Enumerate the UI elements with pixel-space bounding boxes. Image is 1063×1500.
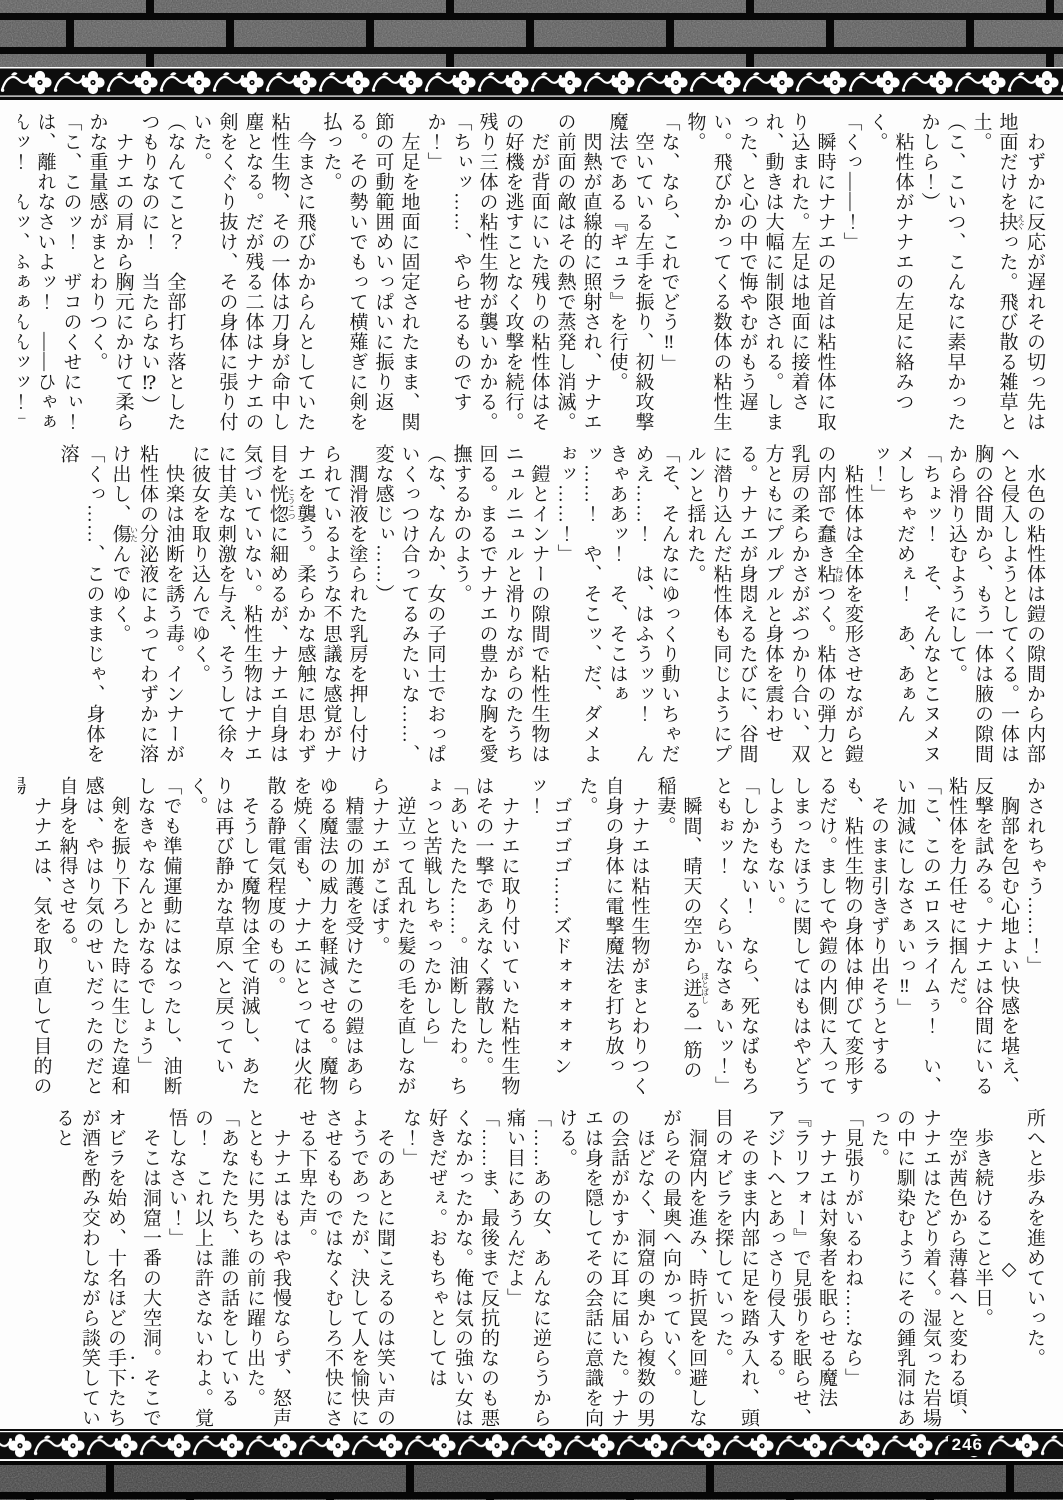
paragraph: （なんてこと？ 全部打ち落としたつもりなのに！ 当たらない⁉） — [136, 112, 188, 433]
paragraph: 胸部を包む心地よい快感を堪え、反撃を試みる。ナナエは谷間にいる粘性体を力任せに掴… — [943, 776, 1021, 1097]
paragraph: （な、なんか、女の子同士でおっぱいくっつけ合ってるみたいな……、変な感じぃ……） — [370, 444, 448, 765]
floral-scroll-border-bottom — [0, 1429, 1063, 1461]
text-band-1: わずかに反応が遅れその切っ先は地面だけを抉えぐった。飛び散る雑草と土。（こ、こい… — [18, 112, 1047, 433]
text-band-3: かされちゃう……！」 胸部を包む心地よい快感を堪え、反撃を試みる。ナナエは谷間に… — [18, 776, 1047, 1097]
paragraph: 所へと歩みを進めていった。 — [1021, 1108, 1047, 1429]
paragraph: 粘性体は全体を変形させながら鎧の内部で蠢き粘ねばつく。粘体の弾力と乳房の柔らかさ… — [682, 444, 866, 765]
text-band-4: 所へと歩みを進めていった。◇ 歩き続けること半日。 空が茜色から薄暮へと変わる頃… — [18, 1108, 1047, 1429]
paragraph: 「こ、このッ！ ザコのくせにぃ！ は、離れなさいよッ！ ――ひゃぁんッ！ んッ、… — [18, 112, 84, 433]
paragraph: 潤滑液を塗られた乳房を押し付けられているような不思議な感覚がナナエを襲う。柔らか… — [186, 444, 370, 765]
paragraph: 「ちょッ！ そ、そんなとこヌメヌメしちゃだめぇ！ あ、あぁんッ！」 — [865, 444, 943, 765]
paragraph: ナナエは、気を取り直して目的の場 — [18, 776, 54, 1097]
paragraph: 鎧とインナーの隙間で粘性生物はニュルニュルと滑りながらのたうち回る。まるでナナエ… — [448, 444, 552, 765]
text-content: わずかに反応が遅れその切っ先は地面だけを抉えぐった。飛び散る雑草と土。（こ、こい… — [0, 100, 1063, 1429]
paragraph: そのあとに聞こえるのは笑い声のようであったが、決して人を愉快にさせるものではなく… — [293, 1108, 397, 1429]
paragraph: 「あいたたた……。油断したわ。ちょっと苦戦しちゃったかしら」 — [418, 776, 470, 1097]
paragraph: 「こ、このエロスライムぅ！ い、い加減にしなさぁいっ‼」 — [891, 776, 943, 1097]
paragraph: 洞窟内を進み、時折罠を回避しながらその最奥へ向かっていく。 — [657, 1108, 709, 1429]
paragraph: そうして魔物は全て消滅し、あたりは再び静かな草原へと戻っていく。 — [184, 776, 262, 1097]
paragraph: ほどなく、洞窟の奥から複数の男の会話がかすかに耳に届いた。ナナエは身を隠してその… — [553, 1108, 657, 1429]
brick-texture-top — [0, 0, 1063, 67]
paragraph: 瞬間、晴天の空から迸ほとばしる一筋の稲妻。 — [652, 776, 710, 1097]
paragraph: 逆立って乱れた髪の毛を直しながらナナエがこぼす。 — [366, 776, 418, 1097]
paragraph: 「しかたない！ なら、死なばもろともぉッ！ くらいなさぁいッ！」 — [709, 776, 761, 1097]
paragraph: 「……あの女、あんなに逆らうから痛い目にあうんだよ」 — [501, 1108, 553, 1429]
paragraph: 瞬時にナナエの足首は粘性体に取り込まれた。左足は地面に接着され、動きは大幅に制限… — [682, 112, 838, 433]
paragraph: ナナエは粘性生物がまとわりつく自身の身体に電撃魔法を打ち放った。 — [574, 776, 652, 1097]
paragraph: かされちゃう……！」 — [1021, 776, 1047, 1097]
paragraph: 「あなたたち、誰の話をしているの！ これ以上は許さないわよ。覚悟しなさい！」 — [163, 1108, 241, 1429]
paragraph: そこは洞窟一番の大空洞。そこでオビラを始め、十名ほどの手下たちが酒を酌み交わしな… — [50, 1108, 163, 1429]
paragraph: ゴゴゴゴ……ズドォォォォォンッ！ — [522, 776, 574, 1097]
paragraph: 「くっ――！」 — [838, 112, 864, 433]
paragraph: 歩き続けること半日。 — [969, 1108, 995, 1429]
brick-texture-bottom — [0, 1461, 1063, 1500]
paragraph: （こ、こいつ、こんなに素早かったかしら！） — [916, 112, 968, 433]
floral-scroll-border-top — [0, 67, 1063, 100]
paragraph: 精霊の加護を受けたこの鎧はあらゆる魔法の威力を軽減させる。魔物を焼く雷も、ナナエ… — [262, 776, 366, 1097]
novel-page: わずかに反応が遅れその切っ先は地面だけを抉えぐった。飛び散る雑草と土。（こ、こい… — [0, 0, 1063, 1500]
text-band-2: 水色の粘性体は鎧の隙間から内部へと侵入しようとしてくる。一体は胸の谷間から、もう… — [18, 444, 1047, 765]
paragraph: 剣を振り下ろした時に生じた違和感は、やはり気のせいだったのだと自身を納得させる。 — [54, 776, 132, 1097]
paragraph: そのまま引きずり出そうとするも、粘性生物の身体は伸びて変形するだけ。ましてや鎧の… — [761, 776, 891, 1097]
paragraph: 空いている左手を振り、初級攻撃魔法である『ギュラ』を行使。 — [604, 112, 656, 433]
paragraph: 空が茜色から薄暮へと変わる頃、ナナエはたどり着く。湿気った岩場の中に馴染むように… — [865, 1108, 969, 1429]
paragraph: 「くっ……、このままじゃ、身体を溶 — [55, 444, 107, 765]
paragraph: 今まさに飛びかからんとしていた粘性生物、その一体は刀身が命中し塵となる。だが残る… — [188, 112, 318, 433]
paragraph: 「見張りがいるわね……なら」 — [839, 1108, 865, 1429]
paragraph: 「そ、そんなにゆっくり動いちゃだめえ……！ は、はふうッッ！ んきゃああッ！ そ… — [552, 444, 682, 765]
paragraph: 「……ま、最後まで反抗的なのも悪くなかったかな。俺は気の強い女は好きだぜぇ。おも… — [397, 1108, 501, 1429]
paragraph: だが背面にいた残りの粘性体はその好機を逃すことなく攻撃を続行。残り三体の粘性生物… — [474, 112, 552, 433]
section-divider: ◇ — [995, 1108, 1021, 1429]
paragraph: ナナエはもはや我慢ならず、怒声とともに男たちの前に躍り出た。 — [241, 1108, 293, 1429]
paragraph: わずかに反応が遅れその切っ先は地面だけを抉えぐった。飛び散る雑草と土。 — [968, 112, 1048, 433]
paragraph: 「ちぃッ……、やらせるものですか！」 — [422, 112, 474, 433]
paragraph: 快楽は油断を誘う毒。インナーが粘性体の分泌液によってわずかに溶け出し、傷いたんで… — [107, 444, 187, 765]
paragraph: 粘性体がナナエの左足に絡みつく。 — [864, 112, 916, 433]
paragraph: 水色の粘性体は鎧の隙間から内部へと侵入しようとしてくる。一体は胸の谷間から、もう… — [943, 444, 1047, 765]
paragraph: 「な、なら、これでどう‼」 — [656, 112, 682, 433]
paragraph: 「でも準備運動にはなったし、油断しなきゃなんとかなるでしょう」 — [132, 776, 184, 1097]
paragraph: 左足を地面に固定されたまま、関節の可動範囲めいっぱいに振り返る。その勢いでもって… — [318, 112, 422, 433]
paragraph: ナナエは対象者を眠らせる魔法『ラリフォー』で見張りを眠らせ、アジトへとあっさり侵… — [761, 1108, 839, 1429]
paragraph: 閃熱が直線的に照射され、ナナエの前面の敵はその熱で蒸発し消滅。 — [552, 112, 604, 433]
paragraph: ナナエの肩から胸元にかけて柔らかな重量感がまとわりつく。 — [84, 112, 136, 433]
page-number: 246 — [948, 1436, 987, 1456]
paragraph: そのまま内部に足を踏み入れ、頭目のオビラを探していった。 — [709, 1108, 761, 1429]
paragraph: ナナエに取り付いていた粘性生物はその一撃であえなく霧散した。 — [470, 776, 522, 1097]
